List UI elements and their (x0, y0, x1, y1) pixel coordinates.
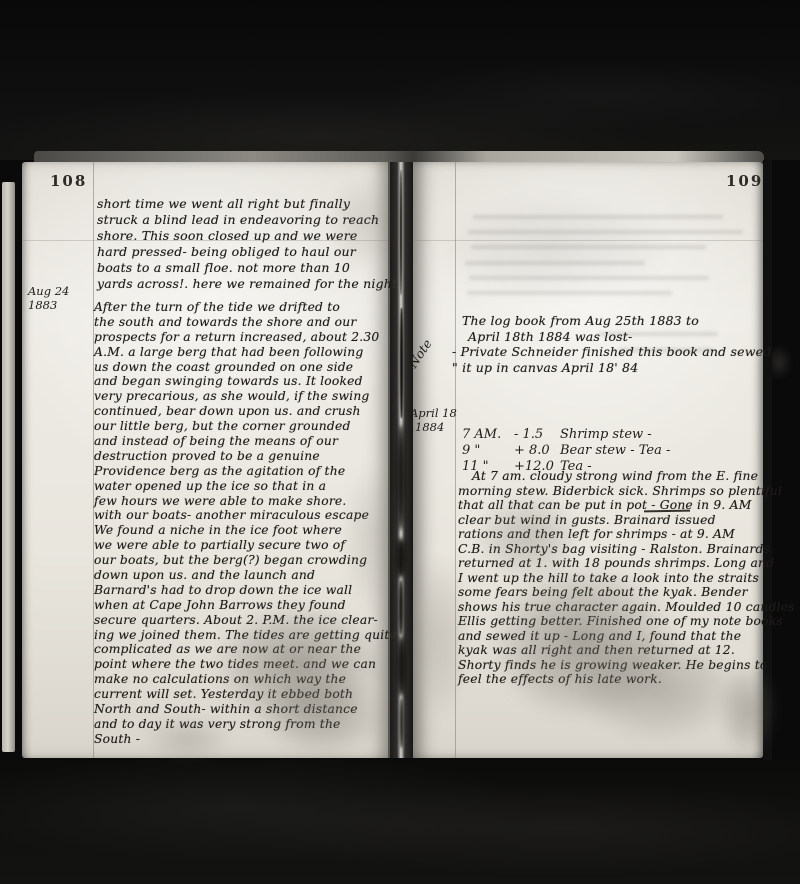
margin-date-line: April 18 (410, 406, 457, 420)
binding-stitch (397, 636, 406, 696)
handwritten-line: After the turn of the tide we drifted to (94, 300, 397, 315)
water-stain (413, 552, 468, 722)
observation-row: 7 AM. - 1.5 Shrimp stew - (462, 427, 670, 443)
handwritten-line: " it up in canvas April 18' 84 (452, 360, 771, 376)
handwritten-line: and began swinging towards us. It looked (94, 374, 397, 389)
handwritten-line: yards across!. here we remained for the … (97, 276, 401, 292)
handwritten-line: and instead of being the means of our (94, 434, 397, 449)
observation-row: 9 " + 8.0 Bear stew - Tea - (462, 443, 670, 459)
left-page: 108 short time we went all right but fin… (22, 162, 390, 758)
handwritten-line: destruction proved to be a genuine (94, 449, 397, 464)
obs-entry: Bear stew - Tea - (560, 443, 670, 459)
binding-stitch (396, 538, 406, 578)
water-stain (473, 492, 583, 582)
handwritten-line: very precarious, as she would, if the sw… (94, 389, 397, 404)
obs-time: 9 " (462, 443, 514, 459)
handwritten-line: The log book from Aug 25th 1883 to (452, 313, 771, 329)
right-margin-date: April 18 1884 (410, 406, 457, 434)
water-stain (433, 192, 673, 302)
photo-mat-bottom (0, 760, 800, 884)
binding-stitch (400, 308, 403, 418)
binding-stitch (400, 698, 403, 748)
obs-temperature: - 1.5 (514, 427, 560, 443)
handwritten-line: us down the coast grounded on one side (94, 360, 397, 375)
margin-date-line: 1883 (28, 298, 69, 312)
water-stain (142, 717, 232, 762)
handwritten-line: A.M. a large berg that had been followin… (94, 345, 397, 360)
handwritten-line: Providence berg as the agitation of the (94, 464, 397, 479)
log-book-note: The log book from Aug 25th 1883 toApril … (452, 313, 771, 375)
obs-temperature: + 8.0 (514, 443, 560, 459)
water-stain (327, 177, 397, 272)
weather-observations: 7 AM. - 1.5 Shrimp stew - 9 " + 8.0 Bear… (462, 427, 670, 475)
margin-date-line: Aug 24 (28, 284, 69, 298)
handwritten-line: when at Cape John Barrows they found (94, 598, 397, 613)
handwritten-line: continued, bear down upon us. and crush (94, 404, 397, 419)
handwritten-line: our little berg, but the corner grounded (94, 419, 397, 434)
obs-entry: Shrimp stew - (560, 427, 670, 443)
water-stain (257, 672, 387, 757)
right-page-number: 109 (726, 174, 763, 189)
binding-stitch (400, 170, 402, 295)
handwritten-line: At 7 am. cloudy strong wind from the E. … (458, 469, 795, 484)
handwritten-line: the south and towards the shore and our (94, 315, 397, 330)
obs-time: 7 AM. (462, 427, 514, 443)
handwritten-line: prospects for a return increased, about … (94, 330, 397, 345)
book-top-edge (34, 151, 764, 162)
right-page: 109 Note The log book from Aug 25th 1883… (413, 162, 763, 758)
journal-photo: 108 short time we went all right but fin… (0, 0, 800, 884)
left-margin-date: Aug 24 1883 (28, 284, 69, 312)
water-stain (718, 662, 778, 757)
water-stain (573, 632, 743, 742)
binding-stitch (397, 425, 405, 530)
photo-mat-top (0, 0, 800, 160)
margin-date-line: 1884 (410, 420, 457, 434)
handwritten-line: April 18th 1884 was lost- (452, 329, 771, 345)
book-gutter (388, 162, 414, 758)
handwritten-line: - Private Schneider finished this book a… (452, 344, 771, 360)
binding-stitch (399, 580, 403, 635)
previous-page-edge (2, 182, 15, 752)
left-page-number: 108 (50, 174, 87, 189)
